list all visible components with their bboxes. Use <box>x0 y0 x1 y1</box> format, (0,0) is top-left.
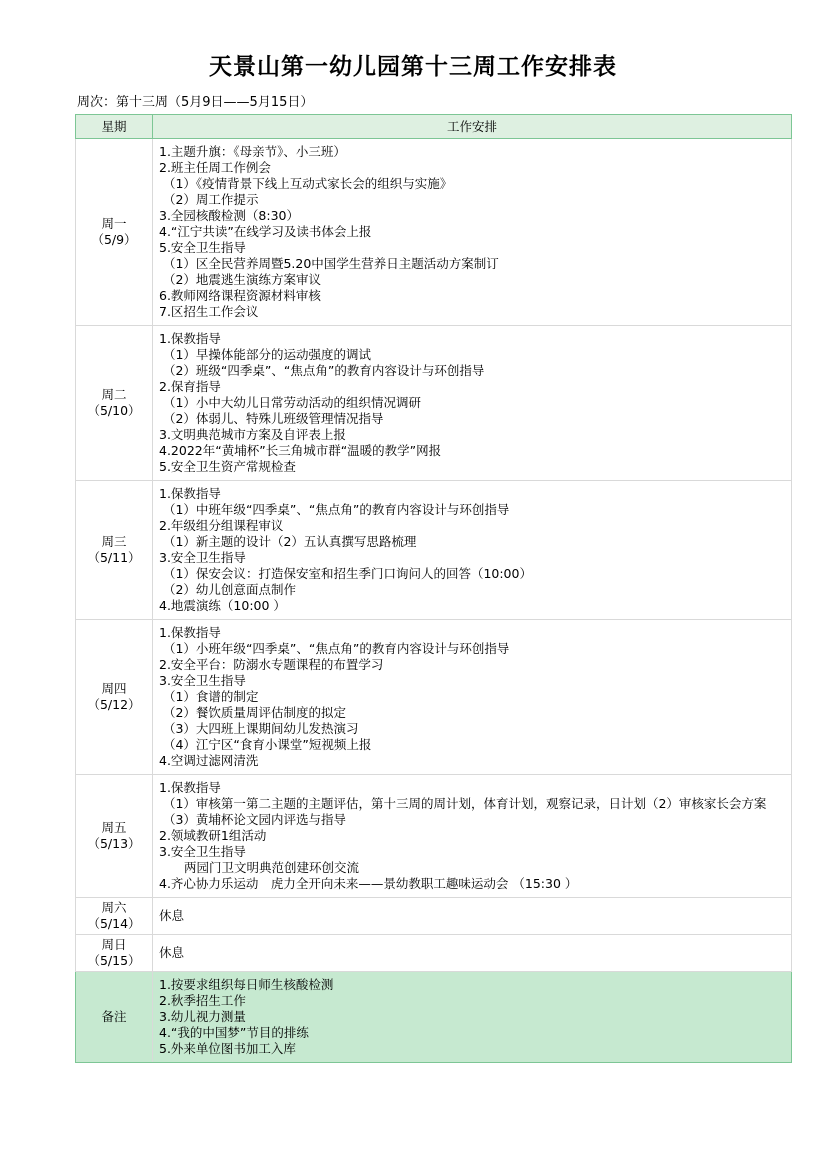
day-cell: 周日 （5/15） <box>76 935 153 972</box>
work-cell: 1.保教指导 （1）小班年级“四季桌”、“焦点角”的教育内容设计与环创指导 2.… <box>153 620 792 775</box>
column-header-work: 工作安排 <box>153 115 792 139</box>
day-cell: 周四 （5/12） <box>76 620 153 775</box>
table-row-monday: 周一 （5/9） 1.主题升旗：《母亲节》、小三班） 2.班主任周工作例会 （1… <box>76 139 792 326</box>
day-date: （5/15） <box>77 953 151 969</box>
day-date: （5/11） <box>77 550 151 566</box>
day-date: （5/10） <box>77 403 151 419</box>
day-cell: 备注 <box>76 972 153 1063</box>
work-cell: 休息 <box>153 898 792 935</box>
table-row-friday: 周五 （5/13） 1.保教指导 （1）审核第一第二主题的主题评估，第十三周的周… <box>76 775 792 898</box>
work-cell: 1.主题升旗：《母亲节》、小三班） 2.班主任周工作例会 （1）《疫情背景下线上… <box>153 139 792 326</box>
header-row: 星期 工作安排 <box>76 115 792 139</box>
day-label: 周六 <box>77 900 151 916</box>
day-label: 周日 <box>77 937 151 953</box>
day-label: 周二 <box>77 387 151 403</box>
document-page: 天景山第一幼儿园第十三周工作安排表 周次：第十三周（5月9日——5月15日） 星… <box>0 0 827 1170</box>
table-row-tuesday: 周二 （5/10） 1.保教指导 （1）早操体能部分的运动强度的调试 （2）班级… <box>76 326 792 481</box>
day-cell: 周二 （5/10） <box>76 326 153 481</box>
day-label: 周三 <box>77 534 151 550</box>
table-row-wednesday: 周三 （5/11） 1.保教指导 （1）中班年级“四季桌”、“焦点角”的教育内容… <box>76 481 792 620</box>
day-date: （5/9） <box>77 232 151 248</box>
day-label: 备注 <box>77 1009 151 1025</box>
week-subtitle: 周次：第十三周（5月9日——5月15日） <box>77 91 791 110</box>
table-row-thursday: 周四 （5/12） 1.保教指导 （1）小班年级“四季桌”、“焦点角”的教育内容… <box>76 620 792 775</box>
work-cell: 1.保教指导 （1）审核第一第二主题的主题评估，第十三周的周计划，体育计划，观察… <box>153 775 792 898</box>
table-row-notes: 备注 1.按要求组织每日师生核酸检测 2.秋季招生工作 3.幼儿视力测量 4.“… <box>76 972 792 1063</box>
day-cell: 周三 （5/11） <box>76 481 153 620</box>
work-cell: 休息 <box>153 935 792 972</box>
table-row-saturday: 周六 （5/14） 休息 <box>76 898 792 935</box>
day-cell: 周五 （5/13） <box>76 775 153 898</box>
column-header-day: 星期 <box>76 115 153 139</box>
day-cell: 周一 （5/9） <box>76 139 153 326</box>
work-cell: 1.保教指导 （1）早操体能部分的运动强度的调试 （2）班级“四季桌”、“焦点角… <box>153 326 792 481</box>
work-cell: 1.保教指导 （1）中班年级“四季桌”、“焦点角”的教育内容设计与环创指导 2.… <box>153 481 792 620</box>
day-label: 周四 <box>77 681 151 697</box>
weekly-schedule-table: 星期 工作安排 周一 （5/9） 1.主题升旗：《母亲节》、小三班） 2.班主任… <box>75 114 792 1063</box>
day-label: 周一 <box>77 216 151 232</box>
day-cell: 周六 （5/14） <box>76 898 153 935</box>
day-label: 周五 <box>77 820 151 836</box>
page-title: 天景山第一幼儿园第十三周工作安排表 <box>75 48 751 81</box>
day-date: （5/12） <box>77 697 151 713</box>
day-date: （5/14） <box>77 916 151 932</box>
day-date: （5/13） <box>77 836 151 852</box>
work-cell: 1.按要求组织每日师生核酸检测 2.秋季招生工作 3.幼儿视力测量 4.“我的中… <box>153 972 792 1063</box>
table-row-sunday: 周日 （5/15） 休息 <box>76 935 792 972</box>
